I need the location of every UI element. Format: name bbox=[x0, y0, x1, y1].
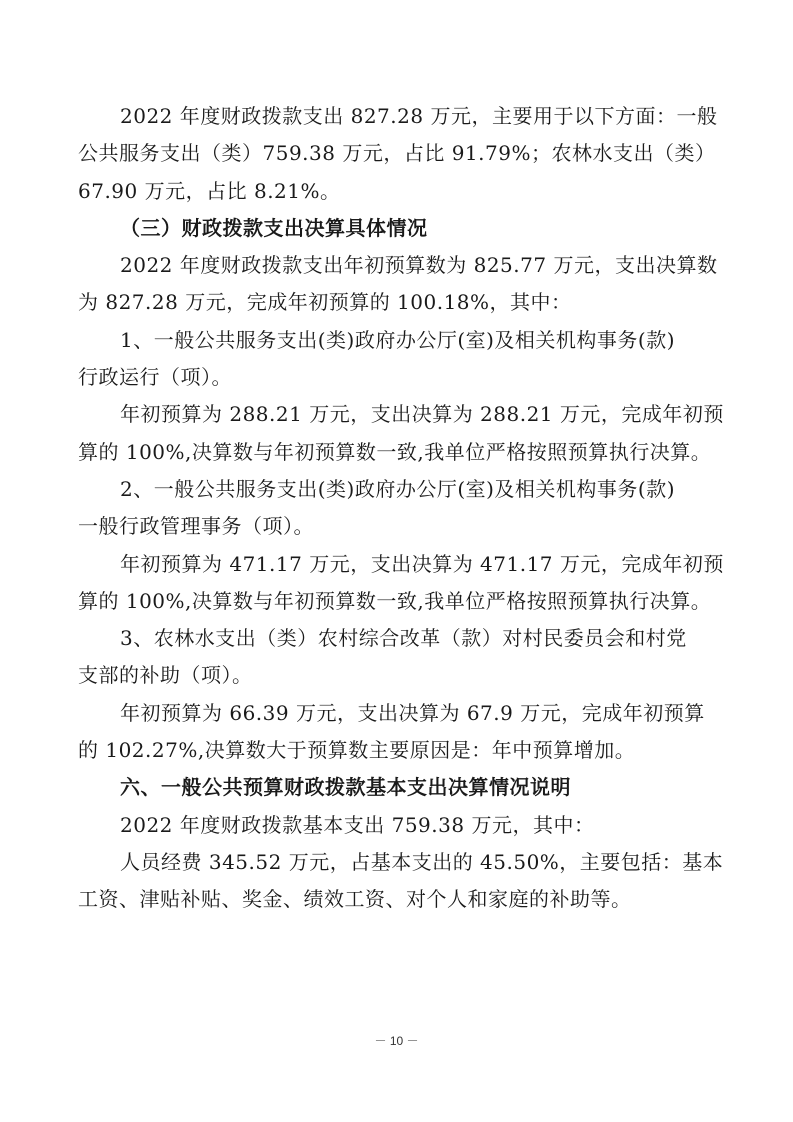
paragraph-line: 支部的补助（项）。 bbox=[78, 657, 718, 694]
paragraph-line: 一般行政管理事务（项）。 bbox=[78, 508, 718, 545]
paragraph-line: 67.90 万元，占比 8.21%。 bbox=[78, 173, 718, 210]
paragraph-line: 1、一般公共服务支出(类)政府办公厅(室)及相关机构事务(款) bbox=[78, 322, 718, 359]
paragraph-line: 行政运行（项）。 bbox=[78, 359, 718, 396]
page-number: － 10 － bbox=[0, 1032, 793, 1049]
paragraph-line: 2022 年度财政拨款基本支出 759.38 万元，其中： bbox=[78, 807, 718, 844]
paragraph-line: 为 827.28 万元，完成年初预算的 100.18%，其中： bbox=[78, 284, 718, 321]
paragraph-line: 公共服务支出（类）759.38 万元，占比 91.79%；农林水支出（类） bbox=[78, 135, 718, 172]
paragraph-line: 的 102.27%,决算数大于预算数主要原因是：年中预算增加。 bbox=[78, 732, 718, 769]
document-page: 2022 年度财政拨款支出 827.28 万元，主要用于以下方面：一般 公共服务… bbox=[78, 98, 718, 919]
paragraph-line: 算的 100%,决算数与年初预算数一致,我单位严格按照预算执行决算。 bbox=[78, 434, 718, 471]
paragraph-line: 3、农林水支出（类）农村综合改革（款）对村民委员会和村党 bbox=[78, 620, 718, 657]
paragraph-line: 年初预算为 471.17 万元，支出决算为 471.17 万元，完成年初预 bbox=[78, 546, 718, 583]
paragraph-line: 2022 年度财政拨款支出年初预算数为 825.77 万元，支出决算数 bbox=[78, 247, 718, 284]
paragraph-line: 算的 100%,决算数与年初预算数一致,我单位严格按照预算执行决算。 bbox=[78, 583, 718, 620]
paragraph-line: 年初预算为 288.21 万元，支出决算为 288.21 万元，完成年初预 bbox=[78, 396, 718, 433]
paragraph-line: 人员经费 345.52 万元，占基本支出的 45.50%，主要包括：基本 bbox=[78, 844, 718, 881]
paragraph-line: 2、一般公共服务支出(类)政府办公厅(室)及相关机构事务(款) bbox=[78, 471, 718, 508]
section-heading: 六、一般公共预算财政拨款基本支出决算情况说明 bbox=[78, 769, 718, 806]
paragraph-line: 工资、津贴补贴、奖金、绩效工资、对个人和家庭的补助等。 bbox=[78, 881, 718, 918]
paragraph-line: 年初预算为 66.39 万元，支出决算为 67.9 万元，完成年初预算 bbox=[78, 695, 718, 732]
section-heading: （三）财政拨款支出决算具体情况 bbox=[78, 210, 718, 247]
paragraph-line: 2022 年度财政拨款支出 827.28 万元，主要用于以下方面：一般 bbox=[78, 98, 718, 135]
